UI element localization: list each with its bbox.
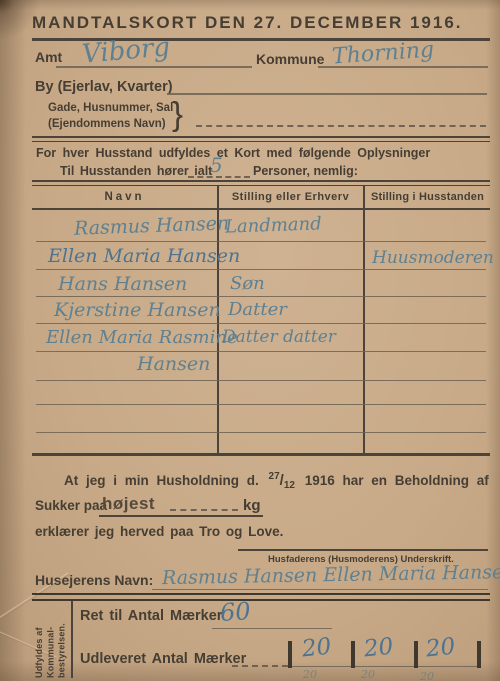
mandtalskort-scan: MANDTALSKORT DEN 27. DECEMBER 1916. Amt … xyxy=(0,0,500,681)
persons-value: 5 xyxy=(210,153,223,177)
column-divider xyxy=(363,186,365,456)
tally-tick xyxy=(414,641,418,668)
table-row-stilling: Søn xyxy=(230,273,265,294)
issued-value: 20 xyxy=(363,634,395,663)
row-line xyxy=(36,241,486,242)
row-line xyxy=(36,323,486,324)
brace-glyph: } xyxy=(172,95,183,133)
issued-faint-value: 20 xyxy=(303,668,317,681)
ejendom-label: (Ejendommens Navn) xyxy=(48,118,166,130)
issued-value: 20 xyxy=(301,634,333,663)
row-line xyxy=(36,269,486,270)
gade-label: Gade, Husnummer, Sal xyxy=(48,102,173,114)
issued-faint-value: 20 xyxy=(420,670,434,681)
udleveret-line xyxy=(288,666,481,667)
declaration-line1-prefix: At jeg i min Husholdning d. xyxy=(64,473,259,488)
issued-value: 20 xyxy=(425,634,457,663)
table-row-stilling: Datter xyxy=(228,299,287,320)
signature-line xyxy=(238,549,488,551)
table-row-navn: Ellen Maria Hansen xyxy=(48,245,240,267)
udleveret-dots xyxy=(232,653,288,667)
by-label: By (Ejerlav, Kvarter) xyxy=(35,79,173,95)
gade-line xyxy=(196,111,486,127)
sukker-label: Sukker paa xyxy=(35,498,107,513)
hoejest-value: højest xyxy=(102,494,155,514)
table-row-navn: Hans Hansen xyxy=(58,273,187,295)
kommune-label: Kommune xyxy=(256,51,324,67)
amt-value: Viborg xyxy=(81,32,171,70)
municipal-side-label: Udfyldes af Kommunal- bestyrelsen. xyxy=(34,602,70,678)
table-row-stilling: Landmand xyxy=(225,213,322,237)
row-line xyxy=(36,380,486,381)
declaration-line1: At jeg i min Husholdning d. 27/12 1916 h… xyxy=(64,471,489,491)
ret-value: 60 xyxy=(219,597,251,627)
date-denominator: 12 xyxy=(284,480,295,491)
declaration-date-fraction: 27/12 xyxy=(267,473,305,488)
date-numerator: 27 xyxy=(269,471,280,482)
husejer-label: Husejerens Navn: xyxy=(35,572,153,588)
divider xyxy=(32,136,490,142)
kg-label: kg xyxy=(243,497,261,514)
row-line xyxy=(36,296,486,297)
issued-faint-value: 20 xyxy=(361,668,375,681)
husejer-line xyxy=(152,589,488,590)
ret-line xyxy=(212,628,332,629)
table-row-husstand: Huusmoderen xyxy=(372,248,494,268)
page-title: MANDTALSKORT DEN 27. DECEMBER 1916. xyxy=(32,13,463,33)
table-header-stilling: Stilling eller Erhverv xyxy=(218,191,363,203)
divider-thick xyxy=(32,593,490,601)
husejer-signature: Rasmus Hansen Ellen Maria Hansen xyxy=(162,561,500,589)
amt-label: Amt xyxy=(35,49,62,65)
household-table: Navn Stilling eller Erhverv Stilling i H… xyxy=(32,186,490,456)
table-row-stilling: Datter datter xyxy=(222,327,336,347)
header-underline xyxy=(32,208,490,210)
table-row-navn: Rasmus Hansen xyxy=(74,212,230,239)
udleveret-label: Udleveret Antal Mærker xyxy=(80,651,246,667)
kommune-value: Thorning xyxy=(331,37,435,69)
table-row-navn: Hansen xyxy=(137,353,210,375)
row-line xyxy=(36,404,486,405)
row-line xyxy=(36,432,486,433)
tally-tick xyxy=(477,641,481,668)
table-row-navn: Kjerstine Hansen xyxy=(54,299,221,321)
instruction-line1: For hver Husstand udfyldes et Kort med f… xyxy=(36,146,430,160)
ret-label: Ret til Antal Mærker xyxy=(80,608,222,624)
municipal-divider xyxy=(71,601,73,678)
instruction-line2-suffix: Personer, nemlig: xyxy=(253,164,358,178)
by-line xyxy=(167,93,487,95)
sukker-amount-line xyxy=(170,497,238,511)
declaration-line1-suffix: 1916 har en Beholdning af xyxy=(305,473,489,488)
table-bottom-border xyxy=(32,453,490,456)
table-header-husstand: Stilling i Husstanden xyxy=(365,191,490,203)
declaration-line3: erklærer jeg herved paa Tro og Love. xyxy=(35,524,283,539)
tally-tick xyxy=(351,641,355,668)
table-row-navn: Ellen Maria Rasmine xyxy=(46,327,238,348)
sukker-underline xyxy=(99,515,263,517)
tally-tick xyxy=(288,641,292,668)
table-header-navn: Navn xyxy=(32,191,217,203)
row-line xyxy=(36,351,486,352)
